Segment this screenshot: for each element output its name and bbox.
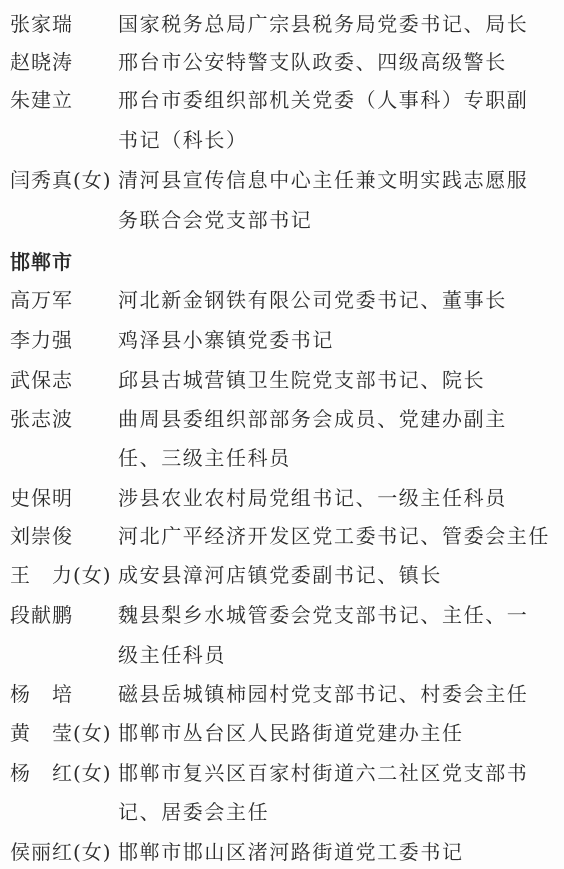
person-name: 闫秀真(女) (10, 160, 112, 200)
list-item: 刘崇俊 河北广平经济开发区党工委书记、管委会主任 (0, 516, 564, 556)
person-name: 侯丽红(女) (10, 832, 112, 869)
list-item: 杨 红(女) 邯郸市复兴区百家村街道六二社区党支部书 (0, 753, 564, 793)
person-name: 赵晓涛 (10, 42, 73, 82)
list-item-continuation: 记、居委会主任 (0, 792, 564, 832)
person-name: 史保明 (10, 478, 73, 518)
person-title: 魏县梨乡水城管委会党支部书记、主任、一 (118, 595, 528, 635)
person-name: 朱建立 (10, 80, 73, 120)
list-item: 高万军 河北新金钢铁有限公司党委书记、董事长 (0, 280, 564, 320)
person-title: 磁县岳城镇柿园村党支部书记、村委会主任 (118, 674, 528, 714)
person-name: 段献鹏 (10, 595, 73, 635)
list-item: 王 力(女) 成安县漳河店镇党委副书记、镇长 (0, 555, 564, 595)
person-title: 曲周县委组织部部务会成员、党建办副主 (118, 399, 507, 439)
person-title-continued: 书记（科长） (118, 120, 248, 160)
list-item: 李力强 鸡泽县小寨镇党委书记 (0, 320, 564, 360)
person-title: 成安县漳河店镇党委副书记、镇长 (118, 555, 442, 595)
person-title: 清河县宣传信息中心主任兼文明实践志愿服 (118, 160, 528, 200)
list-item: 赵晓涛 邢台市公安特警支队政委、四级高级警长 (0, 42, 564, 82)
list-item: 张志波 曲周县委组织部部务会成员、党建办副主 (0, 399, 564, 439)
list-item: 张家瑞 国家税务总局广宗县税务局党委书记、局长 (0, 4, 564, 44)
person-title: 河北新金钢铁有限公司党委书记、董事长 (118, 280, 507, 320)
list-item: 史保明 涉县农业农村局党组书记、一级主任科员 (0, 478, 564, 518)
list-item: 武保志 邱县古城营镇卫生院党支部书记、院长 (0, 360, 564, 400)
person-title: 邯郸市复兴区百家村街道六二社区党支部书 (118, 753, 528, 793)
person-title-continued: 任、三级主任科员 (118, 438, 291, 478)
person-title: 涉县农业农村局党组书记、一级主任科员 (118, 478, 507, 518)
section-heading: 邯郸市 (10, 242, 73, 282)
person-title-continued: 记、居委会主任 (118, 792, 269, 832)
list-item-continuation: 务联合会党支部书记 (0, 200, 564, 240)
person-name: 高万军 (10, 280, 73, 320)
list-item: 杨 培 磁县岳城镇柿园村党支部书记、村委会主任 (0, 674, 564, 714)
person-name: 杨 红(女) (10, 753, 112, 793)
person-name: 黄 莹(女) (10, 713, 112, 753)
list-item: 黄 莹(女) 邯郸市丛台区人民路街道党建办主任 (0, 713, 564, 753)
person-title-continued: 务联合会党支部书记 (118, 200, 312, 240)
list-item: 闫秀真(女) 清河县宣传信息中心主任兼文明实践志愿服 (0, 160, 564, 200)
person-title: 鸡泽县小寨镇党委书记 (118, 320, 334, 360)
person-title: 邯郸市邯山区渚河路街道党工委书记 (118, 832, 464, 869)
person-title: 邢台市委组织部机关党委（人事科）专职副 (118, 80, 528, 120)
person-title: 河北广平经济开发区党工委书记、管委会主任 (118, 516, 550, 556)
person-name: 张家瑞 (10, 4, 73, 44)
list-item-continuation: 任、三级主任科员 (0, 438, 564, 478)
person-name: 刘崇俊 (10, 516, 73, 556)
list-item-continuation: 书记（科长） (0, 120, 564, 160)
person-title: 邱县古城营镇卫生院党支部书记、院长 (118, 360, 485, 400)
list-item-continuation: 级主任科员 (0, 635, 564, 675)
list-item: 朱建立 邢台市委组织部机关党委（人事科）专职副 (0, 80, 564, 120)
person-title: 国家税务总局广宗县税务局党委书记、局长 (118, 4, 528, 44)
list-item: 段献鹏 魏县梨乡水城管委会党支部书记、主任、一 (0, 595, 564, 635)
person-name: 李力强 (10, 320, 73, 360)
person-title: 邯郸市丛台区人民路街道党建办主任 (118, 713, 464, 753)
person-name: 张志波 (10, 399, 73, 439)
list-item: 侯丽红(女) 邯郸市邯山区渚河路街道党工委书记 (0, 832, 564, 869)
person-name: 武保志 (10, 360, 73, 400)
person-name: 王 力(女) (10, 555, 112, 595)
person-title: 邢台市公安特警支队政委、四级高级警长 (118, 42, 507, 82)
person-title-continued: 级主任科员 (118, 635, 226, 675)
person-name: 杨 培 (10, 674, 73, 714)
